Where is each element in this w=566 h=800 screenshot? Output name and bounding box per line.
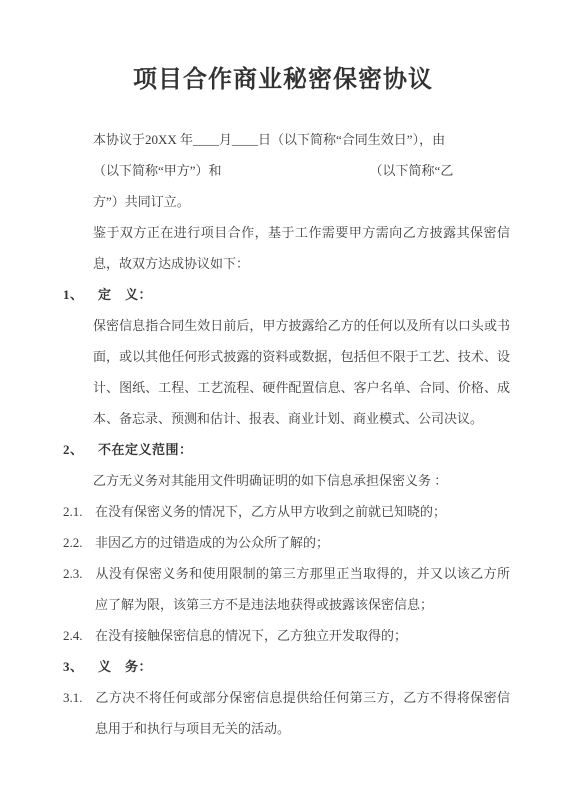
clause-2-3: 2.3.从没有保密义务和使用限制的第三方那里正当取得的，并又以该乙方所应了解为限…	[63, 558, 510, 620]
intro-paragraph: 本协议于20XX 年____月____日（以下简称“合同生效日”），由 （以下简…	[93, 124, 510, 217]
document-body: 本协议于20XX 年____月____日（以下简称“合同生效日”），由 （以下简…	[0, 124, 566, 744]
contract-document-page: 项目合作商业秘密保密协议 本协议于20XX 年____月____日（以下简称“合…	[0, 0, 566, 800]
clause-2-4: 2.4.在没有接触保密信息的情况下，乙方独立开发取得的；	[63, 620, 510, 651]
section-2-number: 2、	[63, 434, 98, 465]
party-b-name-blank	[222, 174, 370, 175]
section-3-heading: 3、义 务：	[63, 651, 510, 682]
section-2-title: 不在定义范围：	[98, 442, 193, 457]
clause-2-3-number: 2.3.	[63, 558, 95, 589]
intro-line-parties: （以下简称“甲方”）和（以下简称“乙	[93, 155, 510, 186]
section-1-number: 1、	[63, 279, 98, 310]
clause-2-1-number: 2.1.	[63, 496, 95, 527]
party-b-label-start: （以下简称“乙	[370, 163, 454, 178]
clause-2-1-text: 在没有保密义务的情况下，乙方从甲方收到之前就已知晓的；	[95, 504, 446, 519]
clause-2-4-text: 在没有接触保密信息的情况下，乙方独立开发取得的；	[95, 628, 407, 643]
section-1-heading: 1、定 义：	[63, 279, 510, 310]
intro-line-effective-date: 本协议于20XX 年____月____日（以下简称“合同生效日”），由	[93, 124, 510, 155]
clause-3-1-number: 3.1.	[63, 682, 95, 713]
party-a-label: （以下简称“甲方”）和	[93, 163, 222, 178]
intro-line-conclusion: 方”）共同订立。	[93, 186, 510, 217]
section-2-intro: 乙方无义务对其能用文件明确证明的如下信息承担保密义务 ：	[93, 465, 510, 496]
clause-2-2: 2.2.非因乙方的过错造成的为公众所了解的；	[63, 527, 510, 558]
clause-3-1-text: 乙方决不将任何或部分保密信息提供给任何第三方，乙方不得将保密信息用于和执行与项目…	[95, 690, 510, 736]
section-1-title: 定 义：	[98, 287, 152, 302]
section-1-body: 保密信息指合同生效日前后，甲方披露给乙方的任何以及所有以口头或书面，或以其他任何…	[93, 310, 510, 434]
clause-2-4-number: 2.4.	[63, 620, 95, 651]
clause-2-3-text: 从没有保密义务和使用限制的第三方那里正当取得的，并又以该乙方所应了解为限，该第三…	[95, 566, 510, 612]
preamble-paragraph: 鉴于双方正在进行项目合作，基于工作需要甲方需向乙方披露其保密信息，故双方达成协议…	[93, 217, 510, 279]
clause-2-1: 2.1.在没有保密义务的情况下，乙方从甲方收到之前就已知晓的；	[63, 496, 510, 527]
document-title: 项目合作商业秘密保密协议	[0, 0, 566, 98]
section-2-heading: 2、不在定义范围：	[63, 434, 510, 465]
section-3-title: 义 务：	[98, 659, 152, 674]
clause-2-2-text: 非因乙方的过错造成的为公众所了解的；	[95, 535, 329, 550]
clause-2-2-number: 2.2.	[63, 527, 95, 558]
section-3-number: 3、	[63, 651, 98, 682]
clause-3-1: 3.1.乙方决不将任何或部分保密信息提供给任何第三方，乙方不得将保密信息用于和执…	[63, 682, 510, 744]
